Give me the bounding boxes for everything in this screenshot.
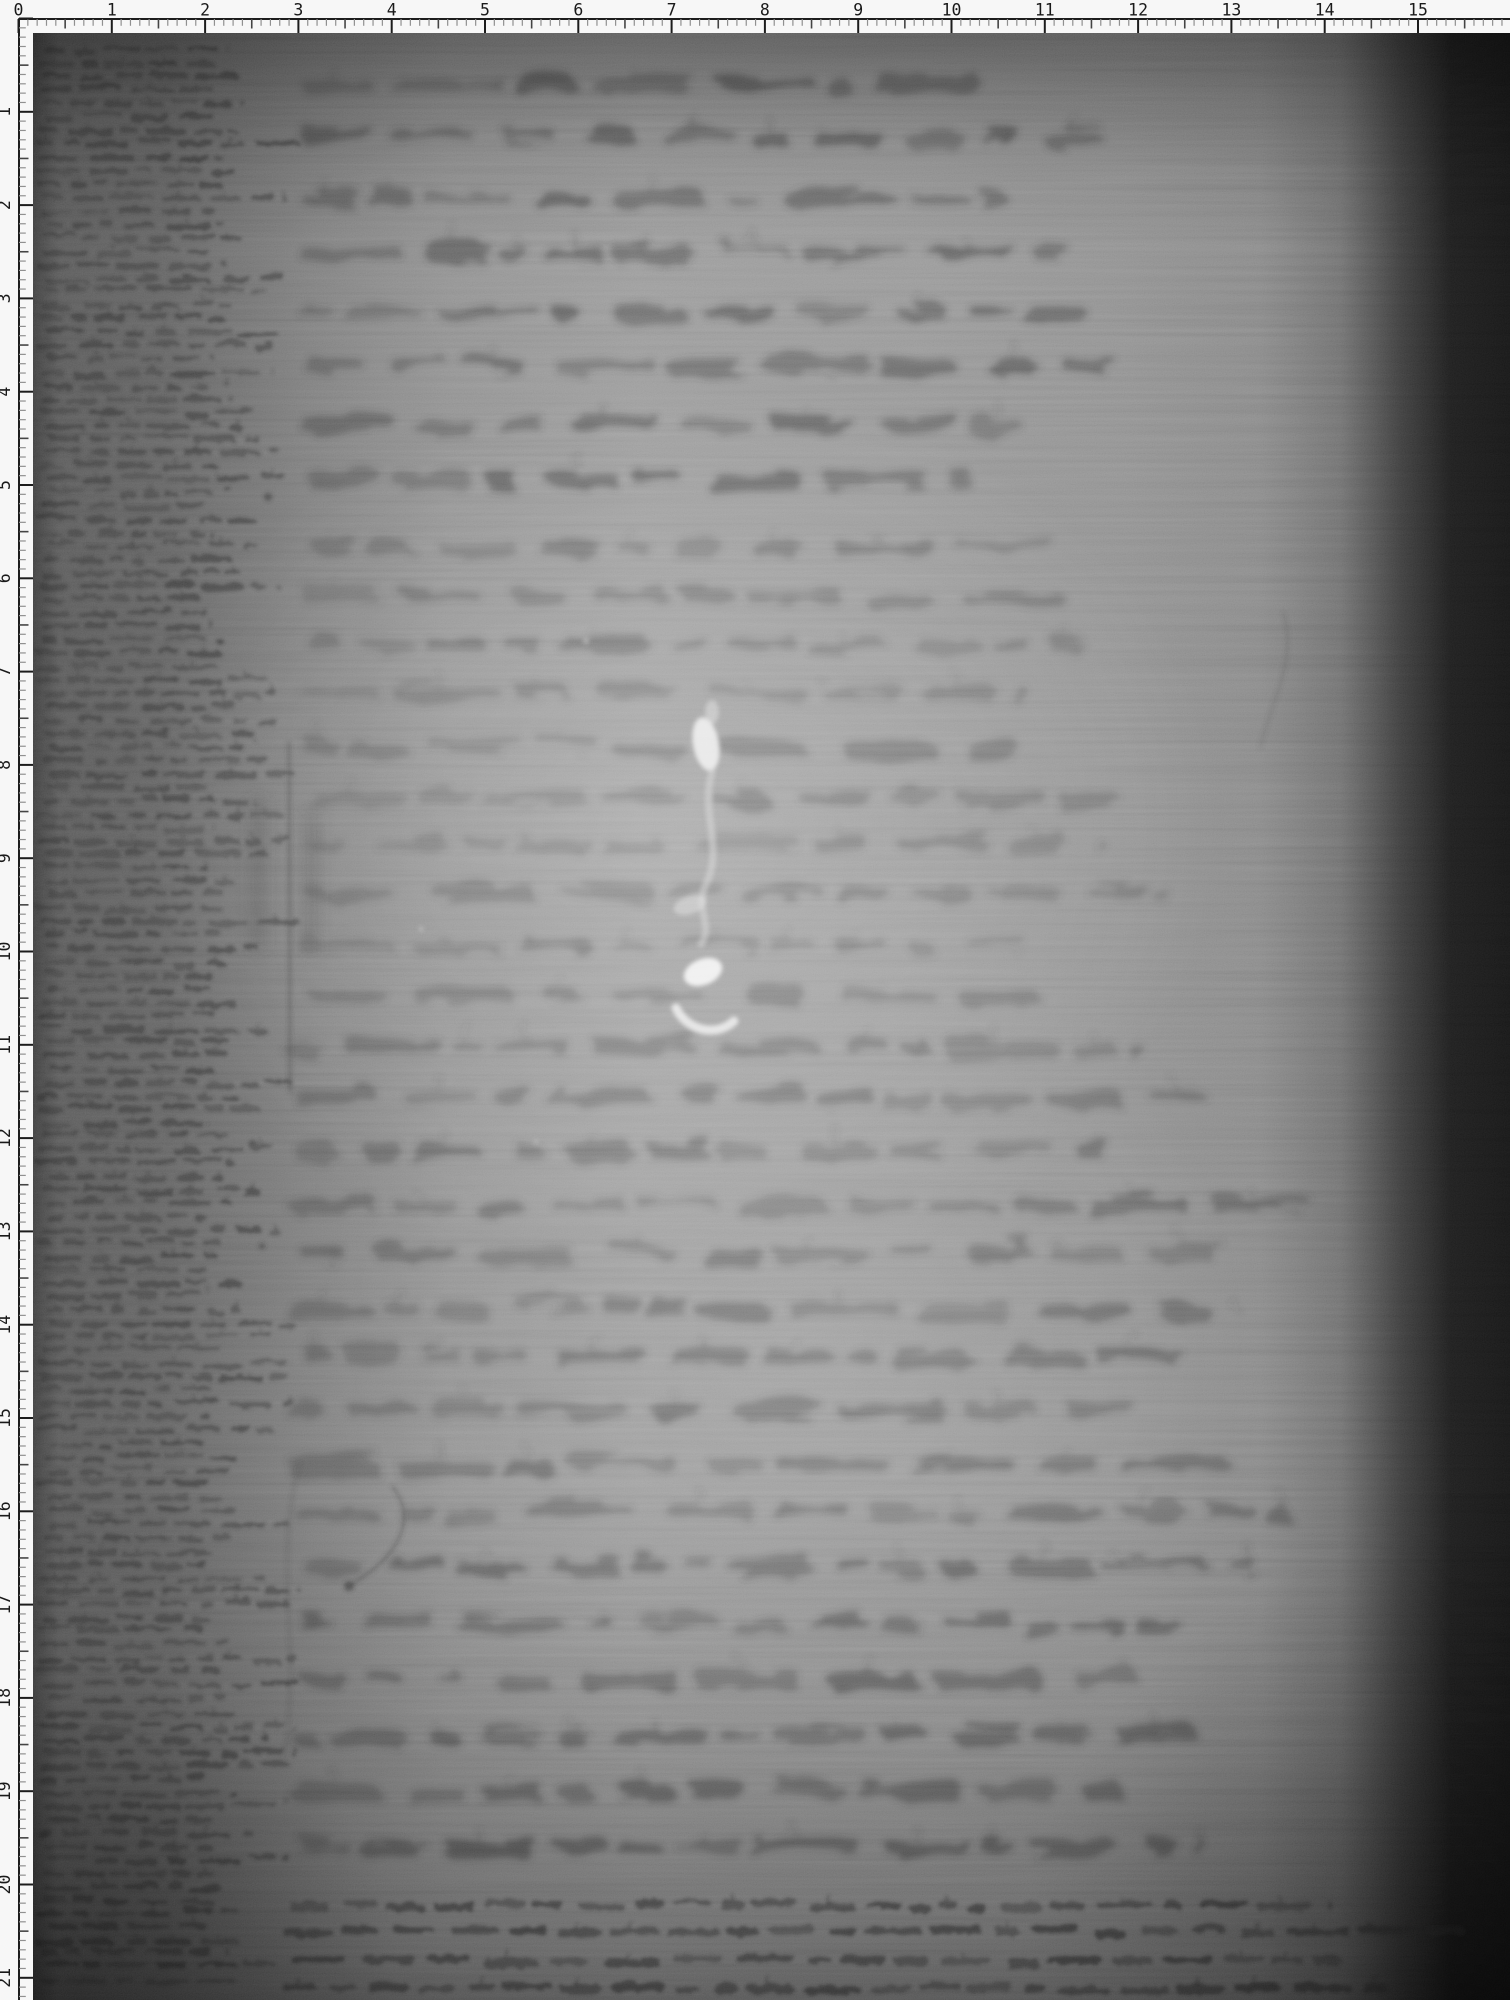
viewer-stage: 0123456789101112131415 12345678910111213…: [0, 0, 1510, 2000]
manuscript-photo: [0, 0, 1510, 2000]
film-grain: [33, 33, 1510, 2000]
